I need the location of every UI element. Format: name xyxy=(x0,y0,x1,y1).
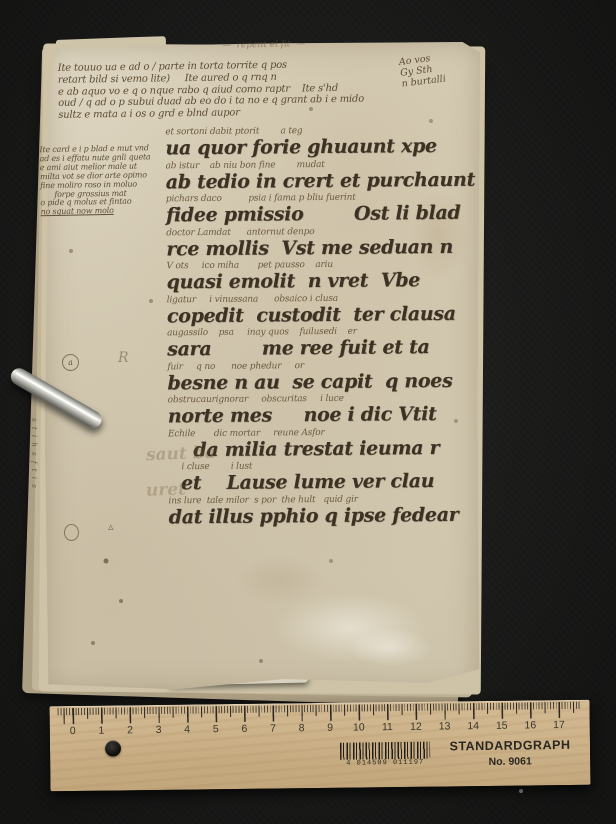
main-text-line: fidee pmissio Ost li blad xyxy=(166,203,474,226)
main-text-line: copedit custodit ter clausa xyxy=(167,303,475,326)
main-text-line: norte mes noe i dic Vtit xyxy=(168,404,476,427)
main-text-column: et sortoni dabit ptorit a tegua quor for… xyxy=(165,124,476,529)
ruler-cm-label: 13 xyxy=(439,720,451,732)
ruler-cm-label: 9 xyxy=(327,722,333,734)
ruler-brand-label: STANDARDGRAPH xyxy=(442,738,578,754)
glossed-text-entry: et sortoni dabit ptorit a tegua quor for… xyxy=(165,124,473,159)
ruler-cm-label: 15 xyxy=(496,720,508,732)
faded-header-line: — repent el fit — xyxy=(222,39,305,50)
barcode-digits: 4 014509 011197 xyxy=(334,759,436,768)
glossed-text-entry: obstrucaurignorar obscuritas i lucenorte… xyxy=(168,392,476,427)
ruler-cm-label: 14 xyxy=(467,720,479,732)
ruler-cm-label: 0 xyxy=(70,725,76,737)
ruler-cm-label: 16 xyxy=(524,719,536,731)
photograph-stage: — repent el fit — Ite touuo ua e ad o / … xyxy=(0,0,616,824)
main-text-line: ab tedio in crert et purchaunt xyxy=(166,169,474,192)
ruler-cm-label: 10 xyxy=(353,721,365,733)
glossed-text-entry: fuir q no noe phedur orbesne n au se cap… xyxy=(167,358,475,393)
faded-letter-mark: R xyxy=(118,350,129,366)
ruler-cm-label: 12 xyxy=(410,721,422,733)
ruler-hole xyxy=(105,740,121,756)
ruler-cm-label: 17 xyxy=(553,719,565,731)
main-text-line: dat illus pphio q ipse fedear xyxy=(169,504,477,527)
faded-ghost-word: saut ba xyxy=(146,443,216,465)
main-text-line: et Lause lume ver clau xyxy=(168,471,476,494)
wooden-ruler: 01234567891011121314151617 4 014509 0111… xyxy=(50,700,591,792)
ruler-cm-label: 3 xyxy=(156,724,162,736)
glossed-text-entry: pichars daco psia i fama p bliu fuerintf… xyxy=(166,191,474,226)
margin-gloss-block: Ite card e i p blad e mut vndad es i eff… xyxy=(39,144,178,218)
glossed-text-entry: augassilo psa inay quos fuilusedi ersara… xyxy=(167,325,475,360)
ruler-cm-label: 11 xyxy=(382,721,393,733)
glossed-text-entry: ligatur i vinussana obsaico i clusacoped… xyxy=(167,291,475,326)
glossed-text-entry: ins lure tale milor s por the hult quid … xyxy=(168,492,476,527)
ruler-cm-label: 2 xyxy=(127,724,133,736)
ruler-model-label: No. 9061 xyxy=(442,755,578,769)
glossed-text-entry: i cluse i lust et Lause lume ver clau xyxy=(168,459,476,494)
ruler-cm-label: 4 xyxy=(184,724,190,736)
ruler-cm-label: 1 xyxy=(98,725,104,737)
main-text-line: ua quor forie ghuaunt xpe xyxy=(165,136,473,159)
glossed-text-entry: V ots ico miha pet pausso ariuquasi emol… xyxy=(166,258,474,293)
ring-doodle-mark xyxy=(64,524,79,541)
ruler-cm-label: 6 xyxy=(241,723,247,735)
glossed-text-entry: doctor Lamdat antornut denporce mollis V… xyxy=(166,224,474,259)
main-text-line: rce mollis Vst me seduan n xyxy=(166,236,474,259)
glossed-text-entry: ab istur ab niu bon fine mudatab tedio i… xyxy=(166,157,474,192)
main-text-line: quasi emolit n vret Vbe xyxy=(167,270,475,293)
ruler-cm-label: 5 xyxy=(213,723,219,735)
ruler-cm-label: 7 xyxy=(270,723,276,735)
faded-ghost-word: uret xyxy=(146,479,187,500)
main-text-line: besne n au se capit q noes xyxy=(167,370,475,393)
triangle-doodle-mark: ▵ xyxy=(108,520,114,533)
ink-specks xyxy=(0,0,2,2)
main-text-line: sara me ree fuit et ta xyxy=(167,337,475,360)
ruler-cm-label: 8 xyxy=(299,722,305,734)
spine-vertical-text: s t i h s f t i s xyxy=(30,418,38,543)
barcode xyxy=(340,742,430,760)
